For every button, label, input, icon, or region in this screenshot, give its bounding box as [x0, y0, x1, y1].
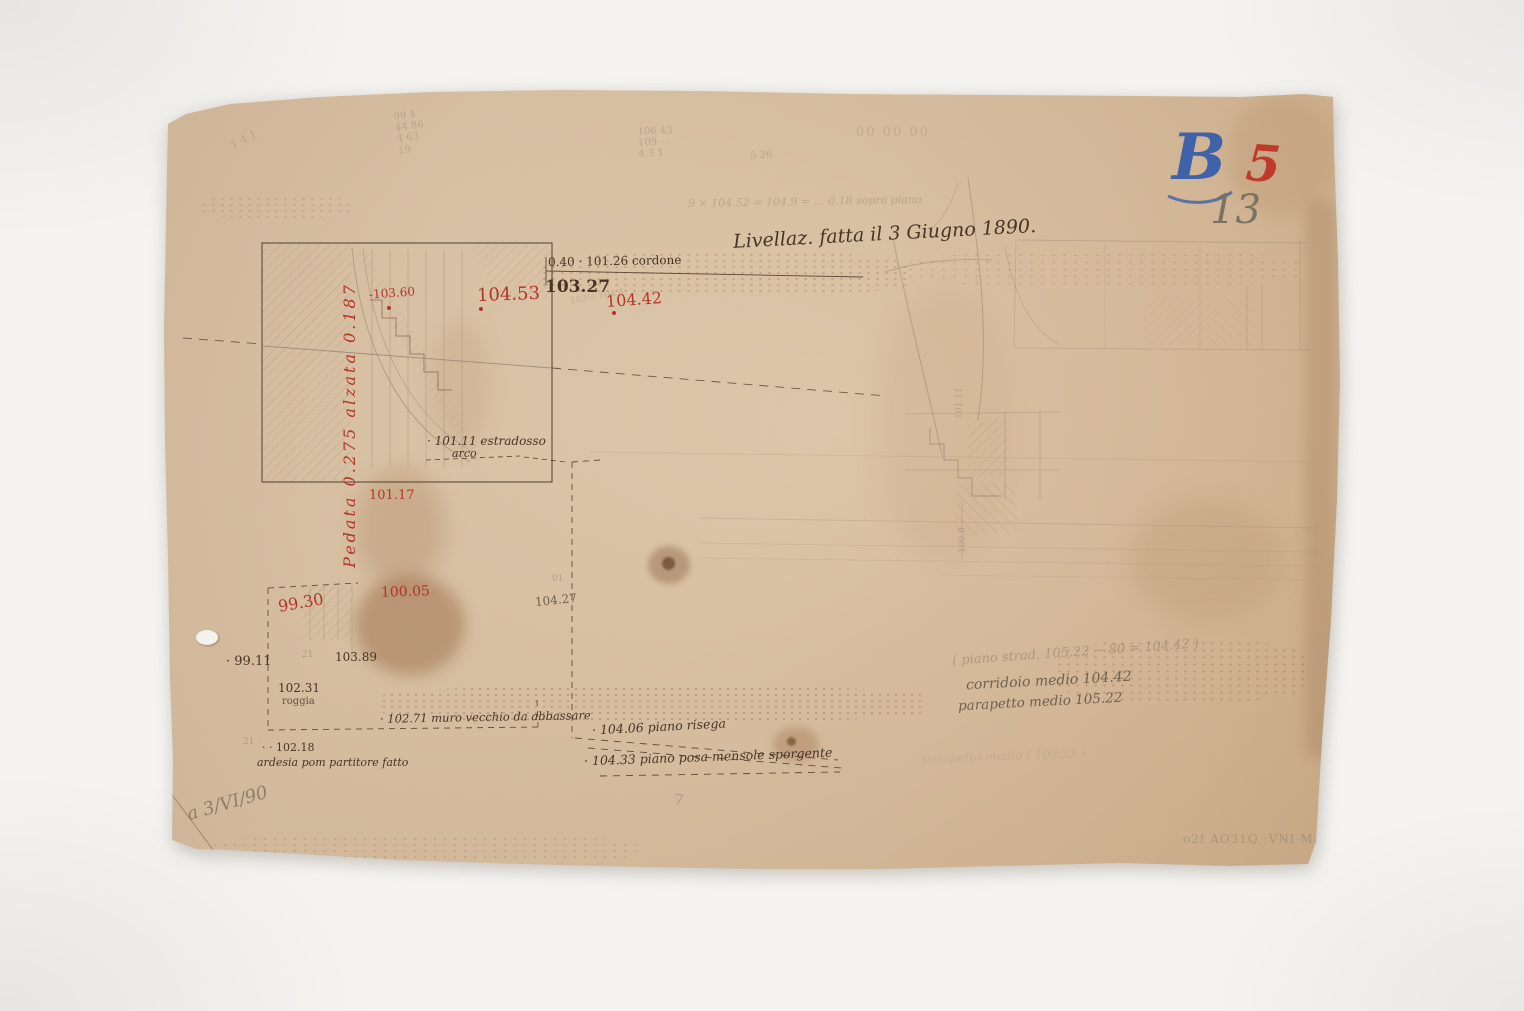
- tiny-21: · 21: [296, 650, 313, 660]
- vertical-level-101-11: 101.11: [955, 373, 965, 433]
- level-99-11: · 99.11: [226, 655, 271, 670]
- stain: [662, 557, 675, 570]
- arco-note: arco: [452, 448, 477, 460]
- classification-letter-b: B: [1172, 122, 1226, 194]
- red-dot-marker: [479, 307, 483, 311]
- estradosso-note: · 101.11 estradosso: [427, 435, 546, 448]
- paper-chip-hole: [196, 630, 218, 645]
- aged-paper: -103.60 104.53 104.42 101.17 100.05 99.3…: [0, 0, 1524, 1011]
- ardesia-note: ardesia pom partitore fatto: [257, 757, 408, 769]
- level-103-89: 103.89: [335, 651, 377, 664]
- stain: [875, 290, 1015, 560]
- red-dot-marker: [387, 306, 391, 310]
- stain: [355, 468, 445, 588]
- level-102-18: · · 102.18: [262, 742, 314, 754]
- foxing-band: [200, 196, 350, 218]
- roggia-note: roggia: [282, 696, 315, 707]
- foxing-band: [905, 252, 1305, 286]
- level-104-53: 104.53: [477, 284, 541, 306]
- stain: [1130, 500, 1280, 620]
- classification-number-13: 13: [1210, 188, 1261, 233]
- cordone-level-note: 0.40 · 101.26 cordone: [548, 254, 682, 270]
- level-102-31: 102.31: [278, 682, 320, 695]
- stain: [430, 320, 490, 450]
- faint-zeros: 00 00 00: [856, 126, 930, 141]
- red-dot-marker: [612, 311, 616, 315]
- classification-number-5: 5: [1244, 135, 1283, 193]
- stain: [787, 737, 796, 746]
- scribble-calculations: 106 43 109 · · 4 3 1: [637, 125, 673, 160]
- level-100-05: 100.05: [381, 584, 431, 601]
- tiny-21: 21 ·: [243, 737, 260, 747]
- scribble-calculations: 99 4 44 86 4 63 19: [393, 108, 428, 156]
- level-101-17: 101.17: [369, 489, 415, 504]
- stair-dimensions-note: Pedata 0.275 alzata 0.187: [341, 280, 359, 570]
- scanned-sheet: -103.60 104.53 104.42 101.17 100.05 99.3…: [0, 0, 1524, 1011]
- foxing-band: [210, 836, 640, 862]
- tiny-01: 01: [552, 574, 563, 584]
- vertical-level-100-9: 100.9: [958, 515, 968, 565]
- scribble-5-26: 5 26: [750, 149, 773, 162]
- archive-inventory-mark: o2f AO31Q :VNI·M: [1183, 833, 1314, 846]
